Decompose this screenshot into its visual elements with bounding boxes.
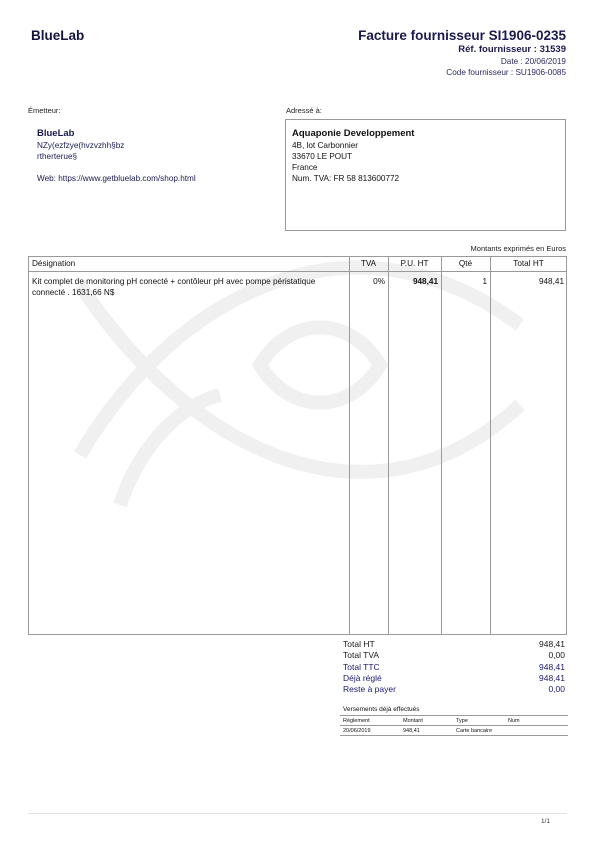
recipient-address-line: 33670 LE POUT [292,151,414,162]
column-header-total-ht: Total HT [490,259,567,268]
recipient-name: Aquaponie Developpement [292,128,414,140]
payment-row: 20/06/2019 948,41 Carte bancaire [340,726,568,736]
totals-block: Total HT 948,41 Total TVA 0,00 Total TTC… [343,639,565,695]
column-header-qty: Qté [441,259,490,268]
payments-col-header: Type [456,718,468,724]
recipient-label: Adressé à: [286,106,322,115]
payments-table: Règlement Montant Type Num 20/06/2019 94… [340,715,568,736]
item-designation: Kit complet de monitoring pH conecté + c… [32,276,347,287]
item-designation-detail: connecté . 1631,66 N$ [32,287,347,298]
total-value: 0,00 [548,684,565,695]
item-unit-price: 948,41 [388,276,438,287]
total-value: 948,41 [539,662,565,673]
payment-date: 20/06/2019 [343,728,371,734]
column-header-pu-ht: P.U. HT [388,259,441,268]
total-value: 948,41 [539,639,565,650]
already-paid-row: Déjà réglé 948,41 [343,673,565,684]
supplier-code: Code fournisseur : SU1906-0085 [358,67,566,78]
total-label: Total HT [343,639,375,650]
total-value: 0,00 [548,650,565,661]
payments-header-row: Règlement Montant Type Num [340,715,568,726]
recipient-block: Aquaponie Developpement 4B, lot Carbonni… [292,128,414,184]
item-quantity: 1 [441,276,487,287]
recipient-vat: Num. TVA: FR 58 813600772 [292,173,414,184]
total-label: Reste à payer [343,684,396,695]
total-label: Total TTC [343,662,380,673]
company-brand: BlueLab [31,28,84,43]
emitter-label: Émetteur: [28,106,61,115]
items-table: Désignation TVA P.U. HT Qté Total HT Kit… [28,256,567,635]
recipient-address-line: 4B, lot Carbonnier [292,140,414,151]
total-label: Déjà réglé [343,673,382,684]
total-ttc-row: Total TTC 948,41 [343,662,565,673]
payments-col-header: Règlement [343,718,370,724]
emitter-web: Web: https://www.getbluelab.com/shop.htm… [37,173,196,184]
total-tva-row: Total TVA 0,00 [343,650,565,661]
column-divider [490,257,491,634]
column-divider [388,257,389,634]
column-divider [441,257,442,634]
column-header-designation: Désignation [32,259,75,268]
table-row: Kit complet de monitoring pH conecté + c… [32,276,347,298]
supplier-ref: Réf. fournisseur : 31539 [358,44,566,56]
remaining-row: Reste à payer 0,00 [343,684,565,695]
invoice-title: Facture fournisseur SI1906-0235 [358,28,566,44]
column-divider [349,257,350,634]
total-value: 948,41 [539,673,565,684]
payments-col-header: Num [508,718,520,724]
payments-title: Versements déjà effectués [343,706,419,713]
emitter-name: BlueLab [37,128,196,140]
column-header-tva: TVA [349,259,388,268]
emitter-block: BlueLab NZy(ezfzye(hvzvzhh§bz rtherterue… [37,128,196,184]
table-header-divider [29,271,566,272]
emitter-address-line: NZy(ezfzye(hvzvzhh§bz [37,140,196,151]
invoice-date: Date : 20/06/2019 [358,56,566,67]
recipient-address-line: France [292,162,414,173]
page-number: 1/1 [541,818,550,825]
currency-note: Montants exprimés en Euros [471,244,566,253]
payment-type: Carte bancaire [456,728,492,734]
invoice-header: Facture fournisseur SI1906-0235 Réf. fou… [358,28,566,78]
payments-col-header: Montant [403,718,423,724]
footer-divider [28,813,567,814]
total-label: Total TVA [343,650,379,661]
payment-amount: 948,41 [403,728,420,734]
emitter-address-line: rtherterue§ [37,151,196,162]
item-total-ht: 948,41 [490,276,564,287]
item-tva: 0% [349,276,385,287]
total-ht-row: Total HT 948,41 [343,639,565,650]
